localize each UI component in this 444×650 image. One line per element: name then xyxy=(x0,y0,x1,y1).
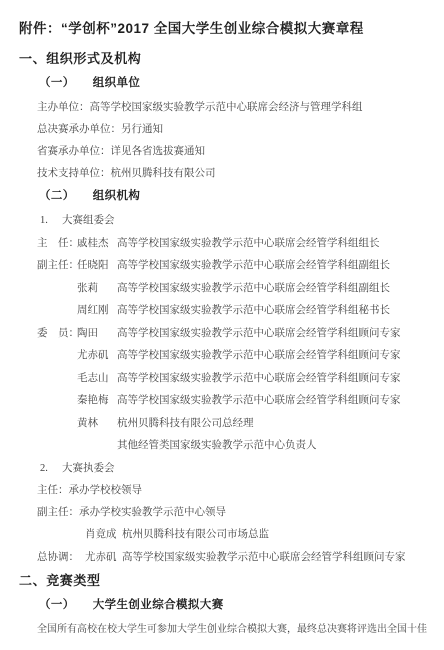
member-role-label: 委 员： xyxy=(37,328,77,339)
organizer-line-provincial: 省赛承办单位：详见各省选拔赛通知 xyxy=(37,146,422,157)
subsection-number: （一） xyxy=(39,77,75,89)
member-role-label xyxy=(37,305,77,316)
executive-member-row: 肖竟成 杭州贝腾科技有限公司市场总监 xyxy=(85,529,422,540)
member-position: 杭州贝腾科技有限公司市场总监 xyxy=(122,529,422,540)
organizer-line-finals: 总决赛承办单位：另行通知 xyxy=(37,124,422,135)
body-paragraph: 全国所有高校在校大学生可参加大学生创业综合模拟大赛，最终总决赛将评选出全国十佳 xyxy=(37,624,422,635)
member-role-label xyxy=(37,418,77,429)
section-heading-organization: 一、组织形式及机构 xyxy=(19,52,422,66)
member-name: 尤赤矶 xyxy=(85,552,122,563)
committee-row: 张莉 高等学校国家级实验教学示范中心联席会经管学科组副组长 xyxy=(37,283,422,294)
organizer-line-tech-support: 技术支持单位：杭州贝腾科技有限公司 xyxy=(37,168,422,179)
subsection-number: （一） xyxy=(39,599,75,611)
subsection-heading-organizers: （一） 组织单位 xyxy=(39,77,422,89)
member-position: 高等学校国家级实验教学示范中心联席会经管学科组顾问专家 xyxy=(117,350,422,361)
document-title: 附件：“学创杯”2017 全国大学生创业综合模拟大赛章程 xyxy=(19,21,422,37)
member-role-label xyxy=(37,395,77,406)
member-name: 任晓阳 xyxy=(77,260,117,271)
committee-row: 秦艳梅 高等学校国家级实验教学示范中心联席会经管学科组顾问专家 xyxy=(37,395,422,406)
member-position: 高等学校国家级实验教学示范中心联席会经管学科组副组长 xyxy=(117,283,422,294)
member-position: 杭州贝腾科技有限公司总经理 xyxy=(117,418,422,429)
member-position: 高等学校国家级实验教学示范中心联席会经管学科组顾问专家 xyxy=(117,395,422,406)
member-name xyxy=(77,440,117,451)
committee-heading-organizing: 1. 大赛组委会 xyxy=(40,215,422,226)
member-name: 黄林 xyxy=(77,418,117,429)
subsection-number: （二） xyxy=(39,190,75,202)
executive-line-deputy: 副主任：承办学校实验教学示范中心领导 xyxy=(37,507,422,518)
member-position: 高等学校国家级实验教学示范中心联席会经管学科组组长 xyxy=(117,238,422,249)
committee-row: 副主任： 任晓阳 高等学校国家级实验教学示范中心联席会经管学科组副组长 xyxy=(37,260,422,271)
member-position: 高等学校国家级实验教学示范中心联席会经管学科组副组长 xyxy=(117,260,422,271)
member-name: 秦艳梅 xyxy=(77,395,117,406)
member-role-label xyxy=(37,373,77,384)
committee-title: 大赛组委会 xyxy=(62,215,115,226)
committee-row: 周红刚 高等学校国家级实验教学示范中心联席会经管学科组秘书长 xyxy=(37,305,422,316)
committee-title: 大赛执委会 xyxy=(62,463,115,474)
committee-row: 委 员： 陶田 高等学校国家级实验教学示范中心联席会经管学科组顾问专家 xyxy=(37,328,422,339)
committee-row: 黄林 杭州贝腾科技有限公司总经理 xyxy=(37,418,422,429)
member-name: 陶田 xyxy=(77,328,117,339)
organizer-line-host: 主办单位：高等学校国家级实验教学示范中心联席会经济与管理学科组 xyxy=(37,102,422,113)
member-position: 高等学校国家级实验教学示范中心联席会经管学科组顾问专家 xyxy=(117,328,422,339)
member-role-label: 主 任： xyxy=(37,238,77,249)
committee-row: 主 任： 戚桂杰 高等学校国家级实验教学示范中心联席会经管学科组组长 xyxy=(37,238,422,249)
subsection-heading-structure: （二） 组织机构 xyxy=(39,190,422,202)
member-role-label xyxy=(37,283,77,294)
member-position: 高等学校国家级实验教学示范中心联席会经管学科组顾问专家 xyxy=(117,373,422,384)
subsection-title: 组织单位 xyxy=(93,77,141,89)
member-name: 戚桂杰 xyxy=(77,238,117,249)
subsection-title: 组织机构 xyxy=(93,190,141,202)
committee-number: 1. xyxy=(40,215,62,226)
member-name: 尤赤矶 xyxy=(77,350,117,361)
member-position: 其他经管类国家级实验教学示范中心负责人 xyxy=(117,440,422,451)
member-name: 张莉 xyxy=(77,283,117,294)
document-page: 附件：“学创杯”2017 全国大学生创业综合模拟大赛章程 一、组织形式及机构 （… xyxy=(0,0,444,650)
subsection-title: 大学生创业综合模拟大赛 xyxy=(93,599,224,611)
member-name: 肖竟成 xyxy=(85,529,122,540)
committee-number: 2. xyxy=(40,463,62,474)
subsection-heading-simulation-contest: （一） 大学生创业综合模拟大赛 xyxy=(39,599,422,611)
member-role-label: 总协调： xyxy=(37,552,85,563)
section-heading-competition-types: 二、竞赛类型 xyxy=(19,574,422,588)
member-name: 周红刚 xyxy=(77,305,117,316)
member-role-label: 副主任： xyxy=(37,260,77,271)
member-role-label xyxy=(37,350,77,361)
member-role-label xyxy=(37,440,77,451)
committee-row: 毛志山 高等学校国家级实验教学示范中心联席会经管学科组顾问专家 xyxy=(37,373,422,384)
committee-row: 尤赤矶 高等学校国家级实验教学示范中心联席会经管学科组顾问专家 xyxy=(37,350,422,361)
member-position: 高等学校国家级实验教学示范中心联席会经管学科组顾问专家 xyxy=(122,552,422,563)
committee-row: 其他经管类国家级实验教学示范中心负责人 xyxy=(37,440,422,451)
committee-heading-executive: 2. 大赛执委会 xyxy=(40,463,422,474)
member-position: 高等学校国家级实验教学示范中心联席会经管学科组秘书长 xyxy=(117,305,422,316)
member-name: 毛志山 xyxy=(77,373,117,384)
coordinator-row: 总协调： 尤赤矶 高等学校国家级实验教学示范中心联席会经管学科组顾问专家 xyxy=(37,552,422,563)
executive-line-director: 主任：承办学校校领导 xyxy=(37,485,422,496)
